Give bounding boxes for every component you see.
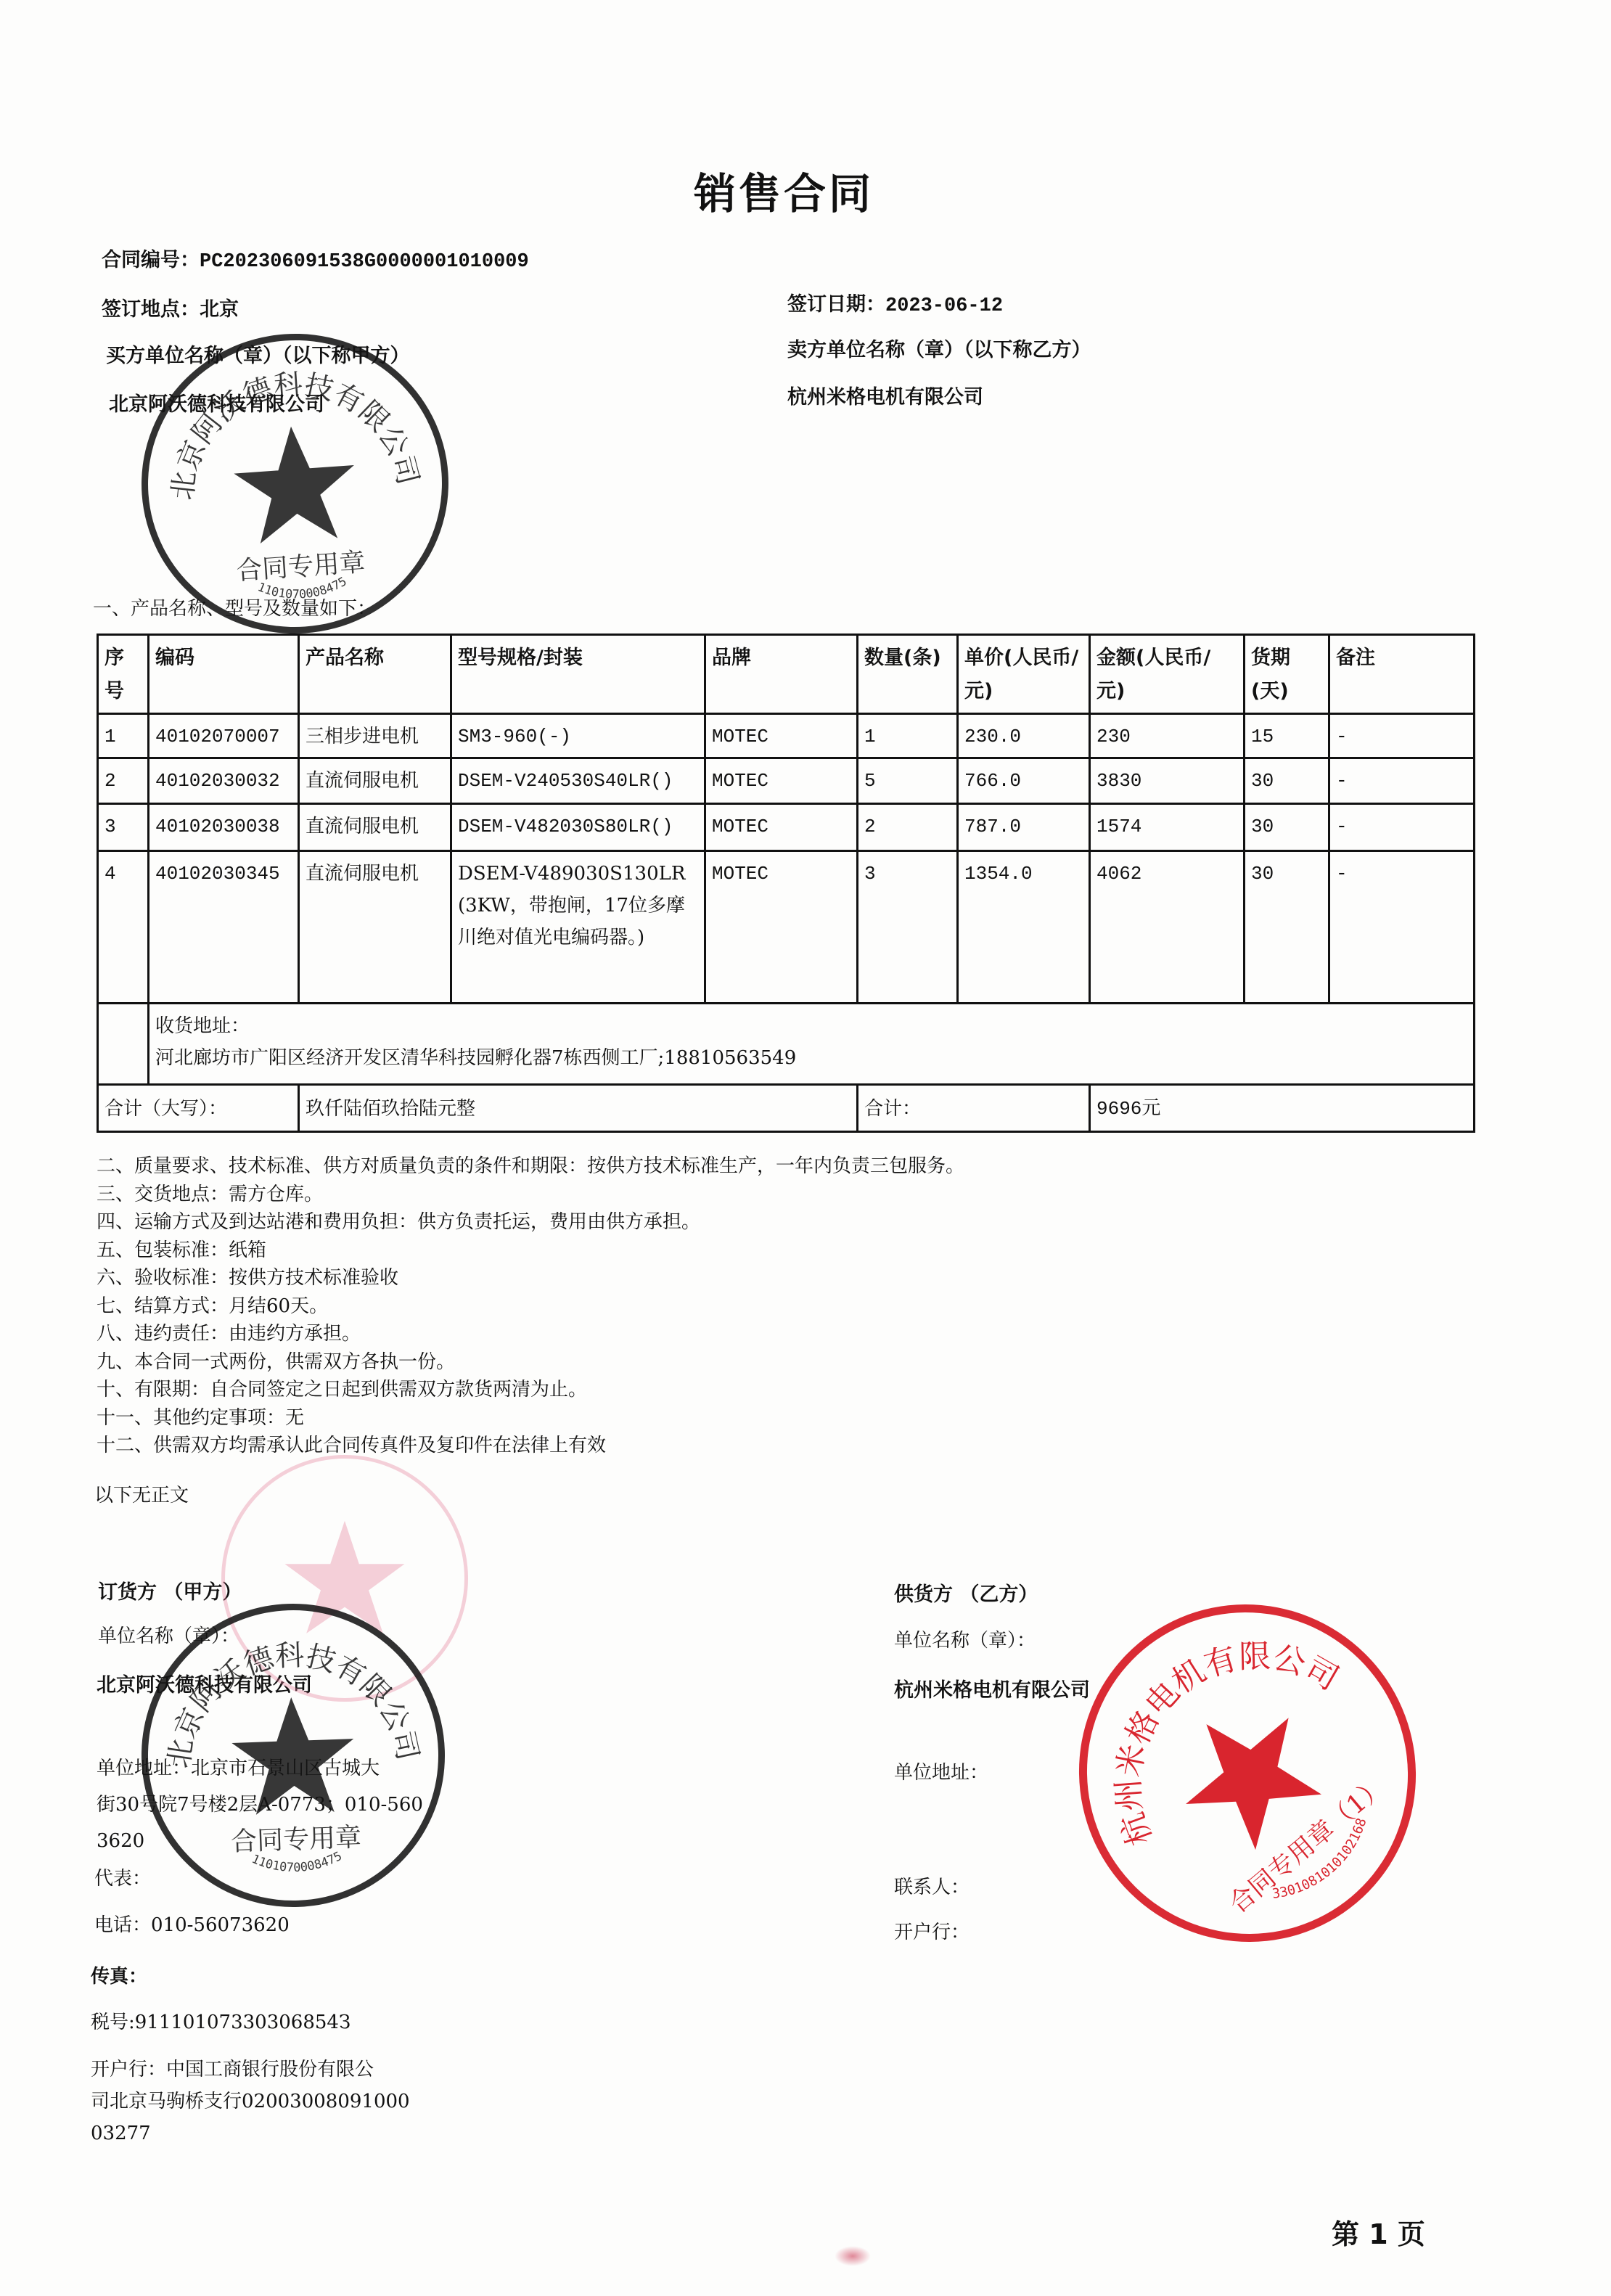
cell-lead-days: 15 <box>1245 714 1329 758</box>
clause-4: 四、运输方式及到达站港和费用负担：供方负责托运，费用由供方承担。 <box>97 1208 964 1237</box>
ink-mark <box>835 2246 871 2266</box>
buyer-phone: 电话：010-56073620 <box>94 1910 290 1937</box>
star-icon <box>225 1459 464 1698</box>
buyer-bank-line: 司北京马驹桥支行02003008091000 <box>91 2086 410 2117</box>
buyer-label: 买方单位名称（章）（以下称甲方） <box>106 340 410 368</box>
cell-spec: SM3-960(-) <box>451 714 705 758</box>
buyer-name: 北京阿沃德科技有限公司 <box>109 388 324 417</box>
ghost-stamp <box>221 1455 468 1702</box>
sign-place-value: 北京 <box>200 298 239 321</box>
table-row: 4 40102030345 直流伺服电机 DSEM-V489030S130LR(… <box>98 851 1475 1004</box>
cell-lead-days: 30 <box>1245 758 1329 804</box>
col-header-remark: 备注 <box>1329 635 1475 714</box>
cell-remark: - <box>1329 804 1475 851</box>
page-title: 销售合同 <box>0 160 1567 221</box>
clause-6: 六、验收标准：按供方技术标准验收 <box>97 1264 964 1292</box>
cell-brand: MOTEC <box>705 758 858 804</box>
delivery-address-cell: 收货地址： 河北廊坊市广阳区经济开发区清华科技园孵化器7栋西侧工厂;188105… <box>149 1004 1475 1085</box>
cell-code: 40102030345 <box>149 851 299 1004</box>
cell-unit-price: 230.0 <box>958 714 1090 758</box>
cell-unit-price: 787.0 <box>958 804 1090 851</box>
col-header-no: 序号 <box>98 635 149 714</box>
seal-arc-text: 北京阿沃德科技有限公司 <box>157 360 425 504</box>
buyer-address-line: 街30号院7号楼2层A-0773；010-560 <box>97 1787 423 1823</box>
clause-5: 五、包装标准：纸箱 <box>97 1237 964 1265</box>
cell-brand: MOTEC <box>705 714 858 758</box>
cell-brand: MOTEC <box>705 804 858 851</box>
svg-text:合同专用章（1）: 合同专用章（1） <box>1223 1771 1392 1919</box>
buyer-block-heading: 订货方 （甲方） <box>98 1576 242 1604</box>
col-header-lead-days: 货期(天) <box>1245 635 1329 714</box>
cell-qty: 1 <box>858 714 958 758</box>
clause-9: 九、本合同一式两份，供需双方各执一份。 <box>97 1348 964 1377</box>
table-row: 2 40102030032 直流伺服电机 DSEM-V240530S40LR()… <box>98 758 1475 804</box>
delivery-address-value: 河北廊坊市广阳区经济开发区清华科技园孵化器7栋西侧工厂;18810563549 <box>155 1042 1467 1074</box>
cell-spec: DSEM-V489030S130LR(3KW，带抱闸，17位多摩川绝对值光电编码… <box>451 851 705 1004</box>
contract-number-value: PC202306091538G0000001010009 <box>200 251 529 273</box>
total-label: 合计： <box>858 1085 1090 1132</box>
cell-no: 1 <box>98 714 149 758</box>
seller-address-label: 单位地址： <box>894 1758 988 1784</box>
delivery-address-row: 收货地址： 河北廊坊市广阳区经济开发区清华科技园孵化器7栋西侧工厂;188105… <box>98 1004 1475 1085</box>
cell-name: 直流伺服电机 <box>299 804 451 851</box>
contract-number-label: 合同编号： <box>102 249 200 271</box>
cell-spec: DSEM-V240530S40LR() <box>451 758 705 804</box>
star-icon <box>231 422 359 545</box>
cell-unit-price: 1354.0 <box>958 851 1090 1004</box>
cell-qty: 3 <box>858 851 958 1004</box>
sign-date: 签订日期：2023-06-12 <box>787 288 1003 317</box>
table-row: 1 40102070007 三相步进电机 SM3-960(-) MOTEC 1 … <box>98 714 1475 758</box>
seller-bank-label: 开户行： <box>894 1917 970 1944</box>
sign-date-label: 签订日期： <box>787 293 885 316</box>
buyer-block-name-label: 单位名称（章）： <box>98 1621 239 1648</box>
buyer-representative-label: 代表： <box>94 1864 151 1890</box>
buyer-address-line: 单位地址：北京市石景山区古城大 <box>97 1750 423 1787</box>
seller-company-seal: 杭州米格电机有限公司 合同专用章（1） 3301081010102168 <box>1010 1536 1485 2011</box>
total-row: 合计（大写）： 玖仟陆佰玖拾陆元整 合计： 9696元 <box>98 1085 1475 1132</box>
sign-date-value: 2023-06-12 <box>885 295 1003 317</box>
clause-8: 八、违约责任：由违约方承担。 <box>97 1320 964 1348</box>
contract-number: 合同编号：PC202306091538G0000001010009 <box>102 244 529 273</box>
cell-remark: - <box>1329 851 1475 1004</box>
clause-12: 十二、供需双方均需承认此合同传真件及复印件在法律上有效 <box>97 1432 964 1460</box>
buyer-block-name: 北京阿沃德科技有限公司 <box>97 1669 312 1697</box>
cell-spec: DSEM-V482030S80LR() <box>451 804 705 851</box>
contract-clauses: 二、质量要求、技术标准、供方对质量负责的条件和期限：按供方技术标准生产，一年内负… <box>97 1152 964 1460</box>
seller-label: 卖方单位名称（章）（以下称乙方） <box>787 334 1091 362</box>
col-header-unit-price: 单价(人民币/元) <box>958 635 1090 714</box>
cell-qty: 2 <box>858 804 958 851</box>
total-value: 9696元 <box>1090 1085 1475 1132</box>
col-header-amount: 金额(人民币/元) <box>1090 635 1245 714</box>
seller-block-heading: 供货方 （乙方） <box>894 1578 1038 1607</box>
cell-name: 直流伺服电机 <box>299 851 451 1004</box>
col-header-spec: 型号规格/封装 <box>451 635 705 714</box>
cell-amount: 4062 <box>1090 851 1245 1004</box>
seller-block-name-label: 单位名称（章）： <box>894 1625 1036 1652</box>
cell-no: 4 <box>98 851 149 1004</box>
table-row: 3 40102030038 直流伺服电机 DSEM-V482030S80LR()… <box>98 804 1475 851</box>
total-upper-label: 合计（大写）： <box>98 1085 299 1132</box>
seal-graphic: 杭州米格电机有限公司 合同专用章（1） 3301081010102168 <box>1021 1547 1473 2000</box>
seal-graphic: 北京阿沃德科技有限公司 合同专用章 1101070008475 <box>139 330 452 636</box>
buyer-bank: 开户行：中国工商银行股份有限公 司北京马驹桥支行02003008091000 0… <box>91 2054 410 2149</box>
cell-code: 40102030032 <box>149 758 299 804</box>
col-header-brand: 品牌 <box>705 635 858 714</box>
sign-place-label: 签订地点： <box>102 298 200 321</box>
cell-no: 3 <box>98 804 149 851</box>
svg-text:3301081010102168: 3301081010102168 <box>1265 1811 1382 1917</box>
clause-10: 十、有限期：自合同签定之日起到供需双方款货两清为止。 <box>97 1376 964 1404</box>
cell-remark: - <box>1329 714 1475 758</box>
col-header-code: 编码 <box>149 635 299 714</box>
seller-contact-label: 联系人： <box>894 1872 970 1899</box>
seller-name: 杭州米格电机有限公司 <box>787 381 983 409</box>
buyer-address-line: 3620 <box>97 1823 423 1859</box>
cell-qty: 5 <box>858 758 958 804</box>
col-header-qty: 数量(条) <box>858 635 958 714</box>
end-note: 以下无正文 <box>94 1480 189 1507</box>
cell-lead-days: 30 <box>1245 804 1329 851</box>
cell-amount: 230 <box>1090 714 1245 758</box>
sign-place: 签订地点：北京 <box>102 293 239 321</box>
total-upper-value: 玖仟陆佰玖拾陆元整 <box>299 1085 858 1132</box>
cell-code: 40102070007 <box>149 714 299 758</box>
cell-remark: - <box>1329 758 1475 804</box>
buyer-fax-label: 传真： <box>91 1961 147 1988</box>
cell-no: 2 <box>98 758 149 804</box>
cell-code: 40102030038 <box>149 804 299 851</box>
clause-7: 七、结算方式：月结60天。 <box>97 1292 964 1321</box>
clause-2: 二、质量要求、技术标准、供方对质量负责的条件和期限：按供方技术标准生产，一年内负… <box>97 1152 964 1181</box>
svg-text:杭州米格电机有限公司: 杭州米格电机有限公司 <box>1052 1580 1353 1860</box>
table-header-row: 序号 编码 产品名称 型号规格/封装 品牌 数量(条) 单价(人民币/元) 金额… <box>98 635 1475 714</box>
buyer-bank-line: 03277 <box>91 2117 410 2149</box>
delivery-address-label: 收货地址： <box>155 1010 1467 1042</box>
cell-lead-days: 30 <box>1245 851 1329 1004</box>
cell-amount: 3830 <box>1090 758 1245 804</box>
col-header-name: 产品名称 <box>299 635 451 714</box>
buyer-tax-no: 税号:91110107330306854З <box>91 2007 351 2034</box>
section-1-heading: 一、产品名称、型号及数量如下： <box>93 594 376 620</box>
buyer-block-address: 单位地址：北京市石景山区古城大 街30号院7号楼2层A-0773；010-560… <box>97 1750 423 1859</box>
buyer-bank-line: 开户行：中国工商银行股份有限公 <box>91 2054 410 2086</box>
cell-name: 直流伺服电机 <box>299 758 451 804</box>
page-number: 第 1 页 <box>1332 2212 1425 2252</box>
seller-block-name: 杭州米格电机有限公司 <box>894 1674 1090 1702</box>
cell-brand: MOTEC <box>705 851 858 1004</box>
clause-11: 十一、其他约定事项：无 <box>97 1404 964 1432</box>
cell-name: 三相步进电机 <box>299 714 451 758</box>
address-spacer-cell <box>98 1004 149 1085</box>
clause-3: 三、交货地点：需方仓库。 <box>97 1181 964 1209</box>
cell-amount: 1574 <box>1090 804 1245 851</box>
cell-unit-price: 766.0 <box>958 758 1090 804</box>
items-table: 序号 编码 产品名称 型号规格/封装 品牌 数量(条) 单价(人民币/元) 金额… <box>97 634 1475 1133</box>
svg-text:合同专用章: 合同专用章 <box>235 547 366 586</box>
star-icon <box>1155 1681 1340 1866</box>
